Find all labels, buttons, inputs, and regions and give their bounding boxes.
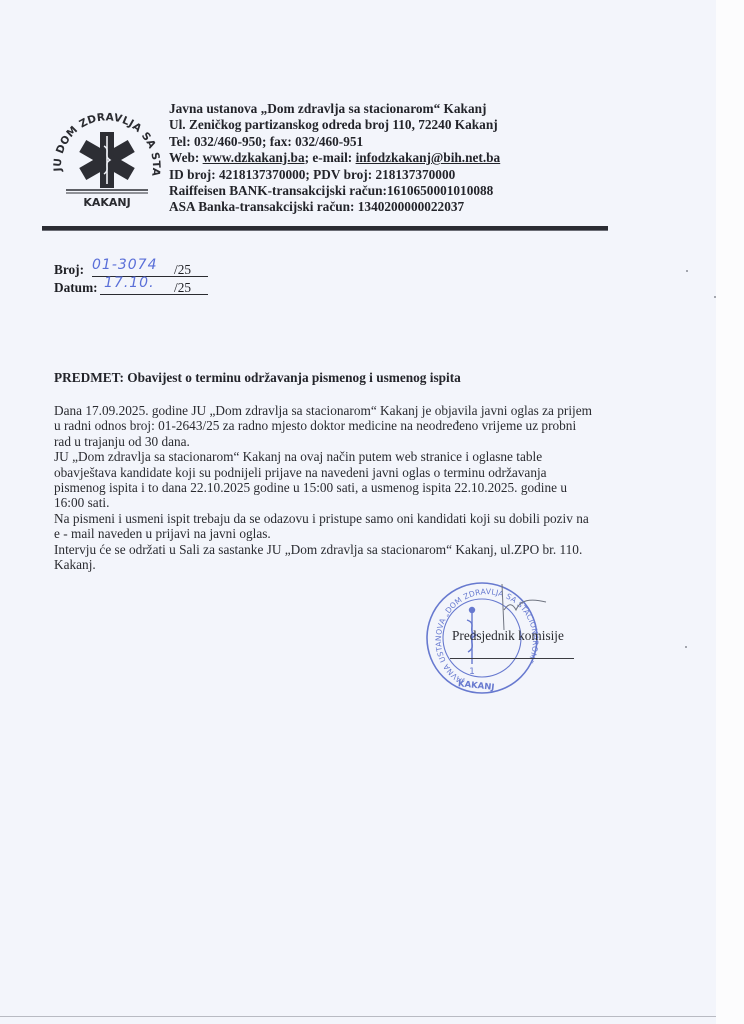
stamp-number: 1: [469, 667, 475, 677]
website-link[interactable]: www.dzkakanj.ba: [203, 150, 305, 165]
reference-date: Datum: 17.10. /25: [54, 280, 98, 296]
stamp-bottom-text: KAKANJ: [457, 679, 494, 693]
signature-line: [450, 658, 574, 659]
scan-speck: [714, 296, 716, 298]
body-line: Intervju će se održati u Sali za sastank…: [54, 542, 674, 557]
scan-speck: [685, 646, 687, 648]
datum-label: Datum:: [54, 280, 98, 296]
body-line: 16:00 sati.: [54, 495, 674, 510]
institution-address: Ul. Zeničkog partizanskog odreda broj 11…: [169, 117, 500, 133]
institution-name: Javna ustanova „Dom zdravlja sa staciona…: [169, 101, 500, 117]
scan-speck: [686, 270, 688, 272]
datum-handwritten: 17.10.: [104, 275, 155, 291]
broj-suffix: /25: [174, 262, 191, 278]
institution-logo: JU DOM ZDRAVLJA SA STACIONAROM KAKANJ: [40, 98, 170, 213]
body-line: u radni odnos broj: 01-2643/25 za radno …: [54, 418, 674, 433]
broj-label: Broj:: [54, 262, 84, 278]
star-of-life-icon: [79, 132, 134, 188]
institution-phone: Tel: 032/460-950; fax: 032/460-951: [169, 134, 500, 150]
signatory-title: Predsjednik komisije: [452, 628, 564, 644]
datum-suffix: /25: [174, 280, 191, 296]
reference-number: Broj: 01-3074 /25: [54, 262, 84, 278]
body-line: Kakanj.: [54, 557, 674, 572]
email-label: ; e-mail:: [305, 150, 356, 165]
contact-line: Web: www.dzkakanj.ba; e-mail: infodzkaka…: [169, 150, 500, 166]
body-line: rad u trajanju od 30 dana.: [54, 434, 674, 449]
body-line: e - mail naveden u prijavi na javni ogla…: [54, 526, 674, 541]
body-line: obavještava kandidate koji su podnijeli …: [54, 465, 674, 480]
body-line: Dana 17.09.2025. godine JU „Dom zdravlja…: [54, 403, 674, 418]
web-label: Web:: [169, 150, 203, 165]
scan-bottom-edge: [0, 1016, 716, 1017]
letterhead-divider: [42, 226, 608, 231]
subject-line: PREDMET: Obavijest o terminu održavanja …: [54, 370, 461, 386]
letterhead: Javna ustanova „Dom zdravlja sa staciona…: [169, 101, 500, 216]
scan-edge: [716, 0, 744, 1024]
logo-bottom-text: KAKANJ: [83, 196, 130, 209]
bank-account-asa: ASA Banka-transakcijski račun: 134020000…: [169, 199, 500, 215]
broj-handwritten: 01-3074: [92, 257, 158, 273]
body-line: JU „Dom zdravlja sa stacionarom“ Kakanj …: [54, 449, 674, 464]
email-link[interactable]: infodzkakanj@bih.net.ba: [356, 150, 501, 165]
bank-account-raiffeisen: Raiffeisen BANK-transakcijski račun:1610…: [169, 183, 500, 199]
id-line: ID broj: 4218137370000; PDV broj: 218137…: [169, 167, 500, 183]
letter-body: Dana 17.09.2025. godine JU „Dom zdravlja…: [54, 403, 674, 572]
body-line: Na pismeni i usmeni ispit trebaju da se …: [54, 511, 674, 526]
body-line: pismenog ispita i to dana 22.10.2025 god…: [54, 480, 674, 495]
datum-underline: [100, 294, 208, 295]
